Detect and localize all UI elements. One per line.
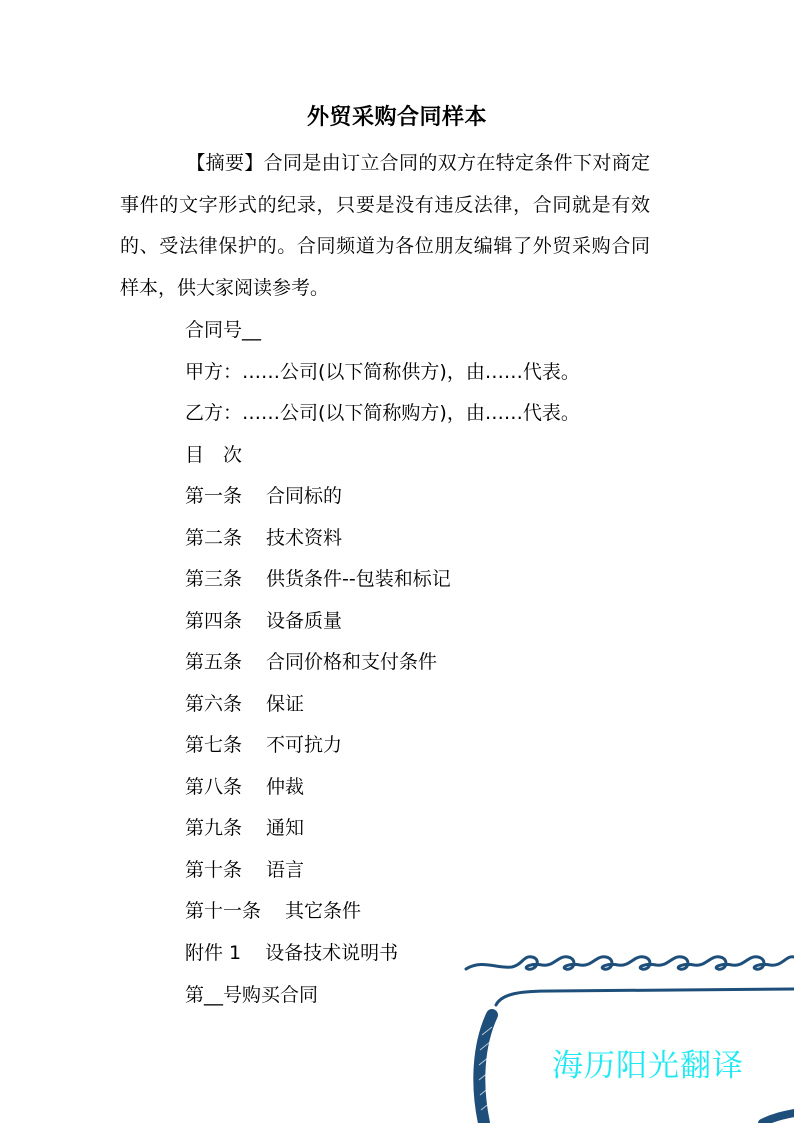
toc-item: 第二条技术资料	[185, 523, 342, 550]
toc-item: 第九条通知	[185, 813, 304, 840]
toc-heading: 目 次	[185, 440, 242, 467]
abstract-paragraph: 【摘要】合同是由订立合同的双方在特定条件下对商定事件的文字形式的纪录，只要是没有…	[120, 143, 650, 309]
toc-item: 第十一条其它条件	[185, 896, 361, 923]
document-title: 外贸采购合同样本	[0, 100, 794, 131]
document-page: 外贸采购合同样本 【摘要】合同是由订立合同的双方在特定条件下对商定事件的文字形式…	[0, 0, 794, 1123]
toc-item: 第三条供货条件--包装和标记	[185, 564, 451, 591]
toc-item: 附件 1设备技术说明书	[185, 938, 398, 965]
toc-item: 第六条保证	[185, 689, 304, 716]
toc-item: 第八条仲裁	[185, 772, 304, 799]
watermark-frame-icon	[462, 945, 794, 1123]
toc-item: 第四条设备质量	[185, 606, 342, 633]
purchase-contract-line: 第__号购买合同	[185, 980, 318, 1007]
toc-item: 第十条语言	[185, 855, 304, 882]
toc-item: 第五条合同价格和支付条件	[185, 647, 437, 674]
party-b: 乙方：……公司(以下简称购方)，由……代表。	[185, 398, 580, 425]
abstract-label: 【摘要】	[186, 152, 264, 174]
toc-item: 第一条合同标的	[185, 481, 342, 508]
toc-item: 第七条不可抗力	[185, 730, 342, 757]
watermark-text: 海历阳光翻译	[552, 1040, 744, 1085]
contract-number: 合同号__	[185, 315, 261, 342]
party-a: 甲方：……公司(以下简称供方)，由……代表。	[185, 357, 580, 384]
